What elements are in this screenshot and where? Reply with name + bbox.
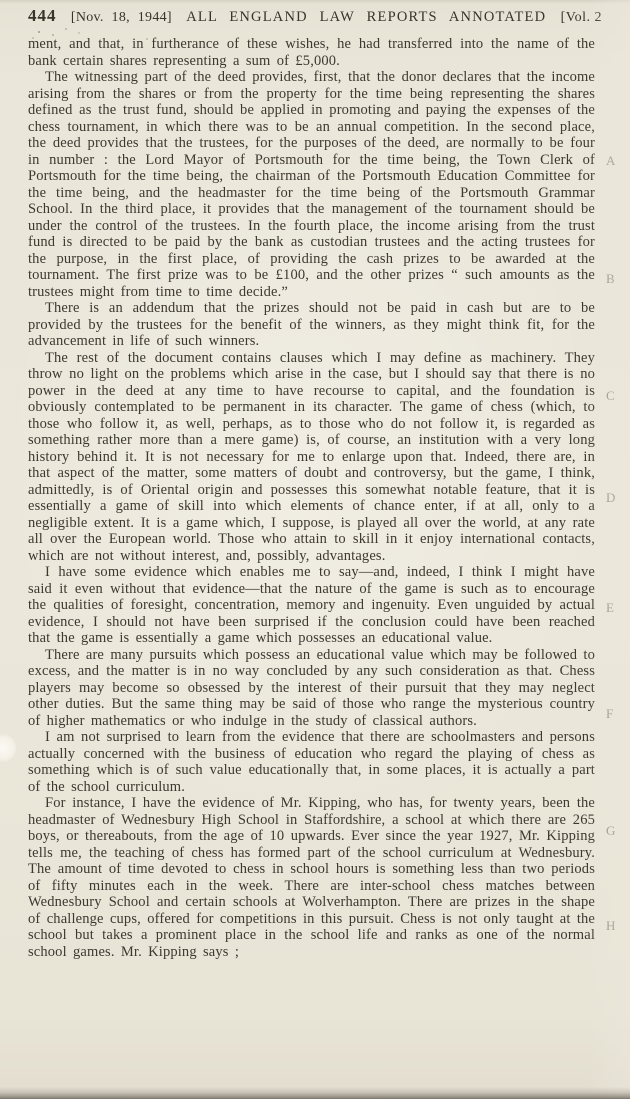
scanned-page: 444 [Nov. 18, 1944] ALL ENGLAND LAW REPO… (0, 0, 630, 1099)
paragraph: The rest of the document contains clause… (28, 350, 595, 565)
body-text: ment, and that, in furtherance of these … (28, 36, 595, 960)
scan-artifact-blob (0, 733, 16, 763)
page-header: 444 [Nov. 18, 1944] ALL ENGLAND LAW REPO… (28, 6, 602, 26)
margin-letter-c: C (606, 388, 626, 404)
margin-letter-b: B (606, 271, 626, 287)
paragraph: For instance, I have the evidence of Mr.… (28, 795, 595, 960)
paragraph: The witnessing part of the deed provides… (28, 69, 595, 300)
margin-letter-h: H (606, 918, 626, 934)
paragraph: There is an addendum that the prizes sho… (28, 300, 595, 350)
paragraph: There are many pursuits which possess an… (28, 647, 595, 730)
paragraph: ment, and that, in furtherance of these … (28, 36, 595, 69)
scan-speckles (38, 31, 40, 33)
margin-letter-a: A (606, 153, 626, 169)
scan-bottom-shadow (0, 1087, 630, 1099)
margin-letter-e: E (606, 600, 626, 616)
scan-top-shade (0, 0, 630, 4)
header-title: ALL ENGLAND LAW REPORTS ANNOTATED (186, 9, 546, 26)
header-volume: [Vol. 2 (561, 10, 602, 26)
margin-letter-f: F (606, 706, 626, 722)
paragraph: I have some evidence which enables me to… (28, 564, 595, 647)
header-date: [Nov. 18, 1944] (71, 10, 172, 26)
margin-letter-d: D (606, 490, 626, 506)
margin-letter-g: G (606, 823, 626, 839)
page-number: 444 (28, 6, 57, 26)
paragraph: I am not surprised to learn from the evi… (28, 729, 595, 795)
